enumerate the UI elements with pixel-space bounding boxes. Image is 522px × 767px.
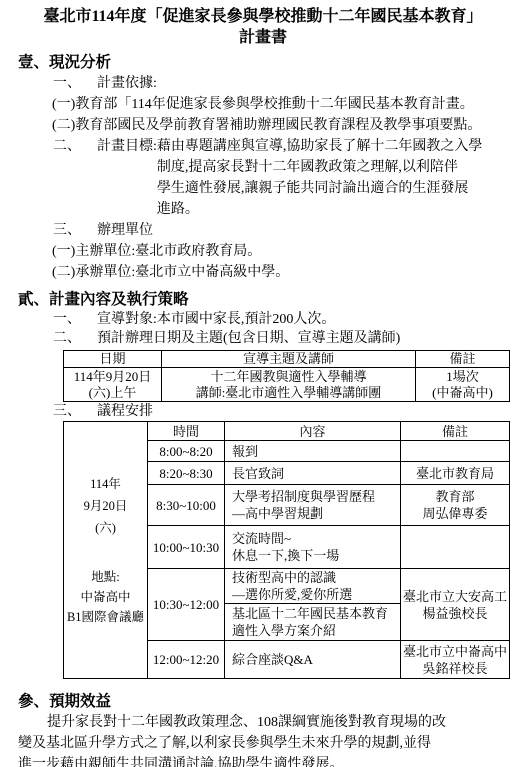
- table-cell-date: 114年9月20日 (六)上午: [64, 368, 162, 402]
- document-page: 臺北市114年度「促進家長參與學校推動十二年國民基本教育」 計畫書 壹、現況分析…: [0, 0, 522, 767]
- item-number: 三、: [53, 402, 97, 421]
- item-text: 預計辦理日期及主題(包含日期、宣導主題及講師): [97, 329, 400, 348]
- list-item-audience: 一、 宣導對象:本市國中家長,預計200人次。: [53, 310, 508, 329]
- cell-line: 臺北市立中崙高中: [401, 643, 509, 660]
- section-heading-1: 壹、現況分析: [18, 52, 508, 73]
- sub-item-host: (一)主辦單位:臺北市政府教育局。: [52, 241, 508, 262]
- document-title-line1: 臺北市114年度「促進家長參與學校推動十二年國民基本教育」: [18, 6, 508, 27]
- goal-line: 制度,提高家長對十二年國教政策之理解,以利陪伴: [157, 157, 483, 178]
- table-cell-note: 臺北市立大安高工 楊益強校長: [401, 569, 510, 641]
- table-cell-content: 綜合座談Q&A: [225, 641, 401, 679]
- cell-line: —選你所愛,愛你所選: [232, 586, 400, 603]
- list-item-plan-goal: 二、 計畫目標: 藉由專題講座與宣導,協助家長了解十二年國教之入學 制度,提高家…: [53, 136, 508, 220]
- cell-line: 技術型高中的認識: [232, 569, 400, 586]
- item-number: 一、: [53, 310, 97, 329]
- table-cell-time: 8:00~8:20: [148, 441, 225, 462]
- table-cell-content: 報到: [225, 441, 401, 462]
- cell-line: (六): [64, 517, 147, 539]
- cell-line: B1國際會議廳: [64, 607, 147, 627]
- cell-line: 教育部: [401, 488, 509, 505]
- table-cell-time: 8:20~8:30: [148, 462, 225, 485]
- cell-line: 基北區十二年國民基本教育: [232, 605, 400, 622]
- table-cell-note: 臺北市立中崙高中 吳銘祥校長: [401, 641, 510, 679]
- cell-line: —高中學習規劃: [232, 505, 400, 522]
- item-number: 二、: [53, 329, 97, 348]
- goal-body: 藉由專題講座與宣導,協助家長了解十二年國教之入學 制度,提高家長對十二年國教政策…: [157, 136, 483, 220]
- expected-benefits-paragraph: 提升家長對十二年國教政策理念、108課綱實施後對教育現場的改 變及基北區升學方式…: [18, 712, 508, 767]
- cell-line: 114年: [64, 473, 147, 495]
- cell-line: 地點:: [64, 567, 147, 587]
- cell-line: 十二年國教與適性入學輔導: [162, 369, 415, 385]
- item-text: 辦理單位: [97, 220, 153, 241]
- sub-item-co-organizer: (二)承辦單位:臺北市立中崙高級中學。: [52, 262, 508, 283]
- item-number: 二、: [53, 136, 97, 220]
- paragraph-line: 進一步藉由親師生共同溝通討論,協助學生適性發展。: [18, 754, 508, 767]
- column-header-note: 備註: [416, 351, 510, 368]
- table-cell-time: 12:00~12:20: [148, 641, 225, 679]
- cell-line: 休息一下,換下一場: [232, 547, 400, 564]
- section-heading-2: 貳、計畫內容及執行策略: [18, 289, 508, 310]
- sub-item-basis-2: (二)教育部國民及學前教育署補助辦理國民教育課程及教學事項要點。: [52, 115, 508, 136]
- schedule-table: 日期 宣導主題及講師 備註 114年9月20日 (六)上午 十二年國教與適性入學…: [63, 350, 510, 402]
- cell-line: 周弘偉專委: [401, 505, 509, 522]
- table-header-row: 114年 9月20日 (六) 地點: 中崙高中 B1國際會議廳 時間 內容 備註: [64, 422, 510, 441]
- table-cell-content: 大學考招制度與學習歷程 —高中學習規劃: [225, 485, 401, 526]
- column-header-time: 時間: [148, 422, 225, 441]
- column-header-content: 內容: [225, 422, 401, 441]
- item-number: 三、: [53, 220, 97, 241]
- table-cell-content: 技術型高中的認識 —選你所愛,愛你所選: [225, 569, 401, 604]
- section-2: 貳、計畫內容及執行策略 一、 宣導對象:本市國中家長,預計200人次。 二、 預…: [18, 289, 508, 679]
- goal-line: 藉由專題講座與宣導,協助家長了解十二年國教之入學: [157, 136, 483, 157]
- table-cell-note: 教育部 周弘偉專委: [401, 485, 510, 526]
- table-cell-time: 10:00~10:30: [148, 526, 225, 569]
- cell-line: 吳銘祥校長: [401, 660, 509, 677]
- table-cell-content: 長官致詞: [225, 462, 401, 485]
- table-cell-topic: 十二年國教與適性入學輔導 講師:臺北市適性入學輔導講師團: [162, 368, 416, 402]
- table-cell-note: [401, 526, 510, 569]
- table-row: 114年9月20日 (六)上午 十二年國教與適性入學輔導 講師:臺北市適性入學輔…: [64, 368, 510, 402]
- column-header-topic: 宣導主題及講師: [162, 351, 416, 368]
- cell-line: 講師:臺北市適性入學輔導講師團: [162, 385, 415, 401]
- table-cell-note: [401, 441, 510, 462]
- cell-line: 大學考招制度與學習歷程: [232, 488, 400, 505]
- cell-line: 1場次: [416, 369, 509, 385]
- document-title-line2: 計畫書: [18, 27, 508, 48]
- column-header-date: 日期: [64, 351, 162, 368]
- cell-line: 楊益強校長: [401, 605, 509, 622]
- cell-line: 交流時間~: [232, 530, 400, 547]
- agenda-date-location-cell: 114年 9月20日 (六) 地點: 中崙高中 B1國際會議廳: [64, 422, 148, 679]
- cell-line: (中崙高中): [416, 385, 509, 401]
- agenda-location-block: 地點: 中崙高中 B1國際會議廳: [64, 567, 147, 627]
- list-item-agenda: 三、 議程安排: [53, 402, 508, 421]
- item-text: 計畫目標:: [97, 136, 157, 220]
- agenda-date-block: 114年 9月20日 (六): [64, 473, 147, 539]
- table-cell-time: 10:30~12:00: [148, 569, 225, 641]
- item-text: 議程安排: [97, 402, 153, 421]
- cell-line: (六)上午: [64, 385, 161, 401]
- cell-line: 114年9月20日: [64, 369, 161, 385]
- cell-line: 中崙高中: [64, 587, 147, 607]
- cell-line: 9月20日: [64, 495, 147, 517]
- goal-line: 進路。: [157, 199, 483, 220]
- table-cell-time: 8:30~10:00: [148, 485, 225, 526]
- paragraph-line: 變及基北區升學方式之了解,以利家長參與學生未來升學的規劃,並得: [18, 733, 508, 754]
- list-item-plan-basis: 一、 計畫依據:: [53, 73, 508, 94]
- column-header-note: 備註: [401, 422, 510, 441]
- list-item-organizers: 三、 辦理單位: [53, 220, 508, 241]
- table-cell-content: 交流時間~ 休息一下,換下一場: [225, 526, 401, 569]
- table-header-row: 日期 宣導主題及講師 備註: [64, 351, 510, 368]
- item-number: 一、: [53, 73, 97, 94]
- sub-item-basis-1: (一)教育部「114年促進家長參與學校推動十二年國民基本教育計畫。: [52, 94, 508, 115]
- table-cell-note: 臺北市教育局: [401, 462, 510, 485]
- item-text: 宣導對象:本市國中家長,預計200人次。: [97, 310, 335, 329]
- table-cell-note: 1場次 (中崙高中): [416, 368, 510, 402]
- item-text: 計畫依據:: [97, 73, 157, 94]
- list-item-schedule-topic: 二、 預計辦理日期及主題(包含日期、宣導主題及講師): [53, 329, 508, 348]
- paragraph-line: 提升家長對十二年國教政策理念、108課綱實施後對教育現場的改: [47, 712, 508, 733]
- section-heading-3: 參、預期效益: [18, 691, 508, 712]
- agenda-table: 114年 9月20日 (六) 地點: 中崙高中 B1國際會議廳 時間 內容 備註…: [63, 421, 510, 679]
- table-cell-content: 基北區十二年國民基本教育 適性入學方案介紹: [225, 604, 401, 641]
- cell-line: 臺北市立大安高工: [401, 588, 509, 605]
- goal-line: 學生適性發展,讓親子能共同討論出適合的生涯發展: [157, 178, 483, 199]
- cell-line: 適性入學方案介紹: [232, 622, 400, 639]
